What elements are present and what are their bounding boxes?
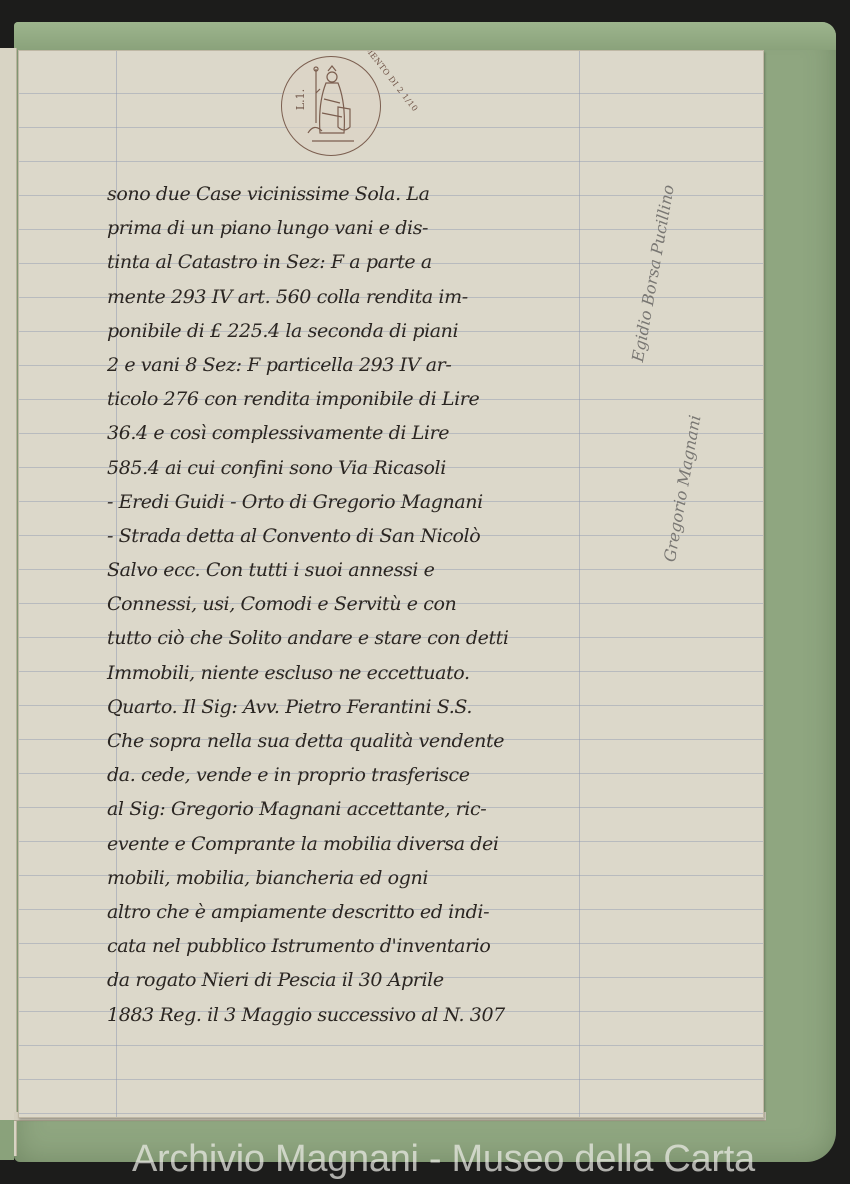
cover-fold-top: [14, 22, 836, 50]
text-line: Immobili, niente escluso ne eccettuato.: [107, 656, 587, 690]
text-line: prima di un piano lungo vani e dis-: [107, 211, 587, 245]
text-line: - Strada detta al Convento di San Nicolò: [107, 519, 587, 553]
text-line: Salvo ecc. Con tutti i suoi annessi e: [107, 553, 587, 587]
text-line: Connessi, usi, Comodi e Servitù e con: [107, 587, 587, 621]
handwritten-text-block: sono due Case vicinissime Sola. La prima…: [107, 177, 587, 1032]
text-line: da rogato Nieri di Pescia il 30 Aprile: [107, 963, 587, 997]
text-line: Quarto. Il Sig: Avv. Pietro Ferantini S.…: [107, 690, 587, 724]
text-line: 1883 Reg. il 3 Maggio successivo al N. 3…: [107, 998, 587, 1032]
text-line: altro che è ampiamente descritto ed indi…: [107, 895, 587, 929]
revenue-seal-stamp: L.1. AUMENTO DI 2 1/10: [281, 56, 381, 156]
text-line: mente 293 IV art. 560 colla rendita im-: [107, 280, 587, 314]
seal-figure-icon: [304, 63, 360, 149]
text-line: 36.4 e così complessivamente di Lire: [107, 416, 587, 450]
cover-edge-left: [0, 1120, 14, 1160]
text-line: mobili, mobilia, biancheria ed ogni: [107, 861, 587, 895]
text-line: da. cede, vende e in proprio trasferisce: [107, 758, 587, 792]
text-line: cata nel pubblico Istrumento d'inventari…: [107, 929, 587, 963]
text-line: sono due Case vicinissime Sola. La: [107, 177, 587, 211]
text-line: Che sopra nella sua detta qualità venden…: [107, 724, 587, 758]
text-line: tinta al Catastro in Sez: F a parte a: [107, 245, 587, 279]
previous-page-edge: [0, 48, 17, 1156]
text-line: 2 e vani 8 Sez: F particella 293 IV ar-: [107, 348, 587, 382]
document-page: L.1. AUMENTO DI 2 1/10 sono due Case vic…: [18, 50, 764, 1118]
text-line: ticolo 276 con rendita imponibile di Lir…: [107, 382, 587, 416]
text-line: 585.4 ai cui confini sono Via Ricasoli: [107, 451, 587, 485]
text-line: ponibile di £ 225.4 la seconda di piani: [107, 314, 587, 348]
archive-watermark: Archivio Magnani - Museo della Carta: [132, 1138, 755, 1181]
text-line: al Sig: Gregorio Magnani accettante, ric…: [107, 792, 587, 826]
text-line: evente e Comprante la mobilia diversa de…: [107, 827, 587, 861]
text-line: tutto ciò che Solito andare e stare con …: [107, 621, 587, 655]
text-line: - Eredi Guidi - Orto di Gregorio Magnani: [107, 485, 587, 519]
